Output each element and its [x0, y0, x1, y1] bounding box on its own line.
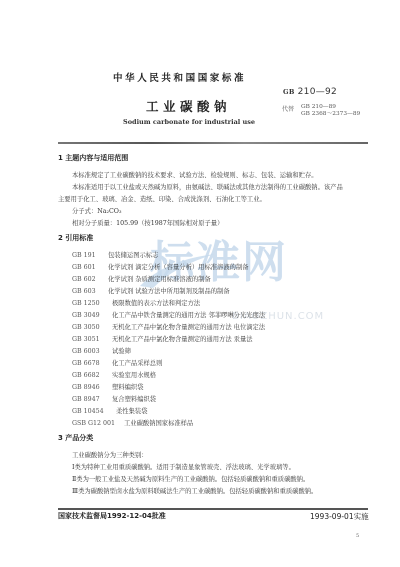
reference-item: GB 1250极限数值的表示方法和判定方法	[72, 298, 200, 307]
reference-item: GSB G12 001工业碳酸钠国家标准样品	[72, 418, 193, 427]
document-title-cn: 工业碳酸钠	[146, 97, 231, 115]
section-1-paragraph: 本标准适用于以工业盐或天然碱为原料，由氨碱法、联碱法或其他方法制得的工业碳酸钠。…	[72, 182, 343, 191]
reference-item: GB 6678化工产品采样总则	[72, 358, 162, 367]
reference-item: GB 602化学试剂 杂质测定用标准溶液的制备	[72, 274, 211, 283]
replaced-standard: GB 2368～2373—89	[301, 111, 360, 118]
standard-number: GB210—92	[283, 87, 337, 97]
reference-item: GB 601化学试剂 滴定分析（容量分析）用标准溶液的制备	[72, 262, 249, 271]
footer-divider	[58, 508, 368, 510]
reference-item: GB 8946塑料编织袋	[72, 382, 143, 391]
page-number: 5	[356, 533, 359, 539]
reference-item: GB 3050无机化工产品中氯化物含量测定的通用方法 电位滴定法	[72, 322, 265, 331]
molecular-mass: 相对分子质量：105.99（按1987年国际相对原子量）	[72, 218, 223, 227]
reference-item: GB 6682实验室用水规格	[72, 370, 156, 379]
reference-item: GB 8947复合塑料编织袋	[72, 394, 156, 403]
reference-item: GB 6003试验筛	[72, 346, 131, 355]
molecular-formula: 分子式：Na₂CO₃	[72, 206, 121, 215]
section-3-paragraph: Ⅲ类为碳酸钠型卤水盐为原料联碱法生产的工业碳酸钠。包括轻质碳酸钠和重质碳酸钠。	[72, 486, 317, 495]
reference-item: GB 3049化工产品中铁含量测定的通用方法 邻菲啰啉分光光度法	[72, 310, 265, 319]
implementation-date: 1993-09-01实施	[310, 511, 369, 522]
standard-number-value: 210—92	[298, 87, 337, 97]
standard-prefix: GB	[283, 88, 295, 96]
reference-item: GB 603化学试剂 试验方法中所用制剂及制品的制备	[72, 286, 230, 295]
reference-item: GB 3051无机化工产品中氯化物含量测定的通用方法 汞量法	[72, 334, 253, 343]
header-divider	[58, 142, 368, 144]
section-3-paragraph: 工业碳酸钠分为三种类别：	[72, 450, 148, 459]
section-1-heading: 1 主题内容与适用范围	[58, 153, 128, 163]
reference-item: GB 10454柔性集装袋	[72, 406, 147, 415]
section-3-heading: 3 产品分类	[58, 433, 93, 443]
section-1-paragraph: 主要用于化工、玻璃、冶金、造纸、印染、合成洗涤剂、石油化工等工业。	[58, 194, 266, 203]
reference-item: GB 191包装储运图示标志	[72, 250, 158, 259]
section-1-paragraph: 本标准规定了工业碳酸钠的技术要求、试验方法、检验规则、标志、包装、运输和贮存。	[72, 170, 318, 179]
national-standard-heading: 中华人民共和国国家标准	[113, 70, 246, 84]
section-3-paragraph: Ⅱ类为一般工业盐及天然碱为原料生产的工业碳酸钠。包括轻质碳酸钠和重质碳酸钠。	[72, 474, 309, 483]
section-3-paragraph: Ⅰ类为特种工业用重质碳酸钠。适用于制造显象管玻壳、浮法玻璃、光学玻璃等。	[72, 462, 295, 471]
document-title-en: Sodium carbonate for industrial use	[123, 118, 255, 126]
section-2-heading: 2 引用标准	[58, 233, 93, 243]
replaces-label: 代替	[282, 107, 294, 114]
approval-date: 国家技术监督局1992-12-04批准	[58, 511, 166, 521]
